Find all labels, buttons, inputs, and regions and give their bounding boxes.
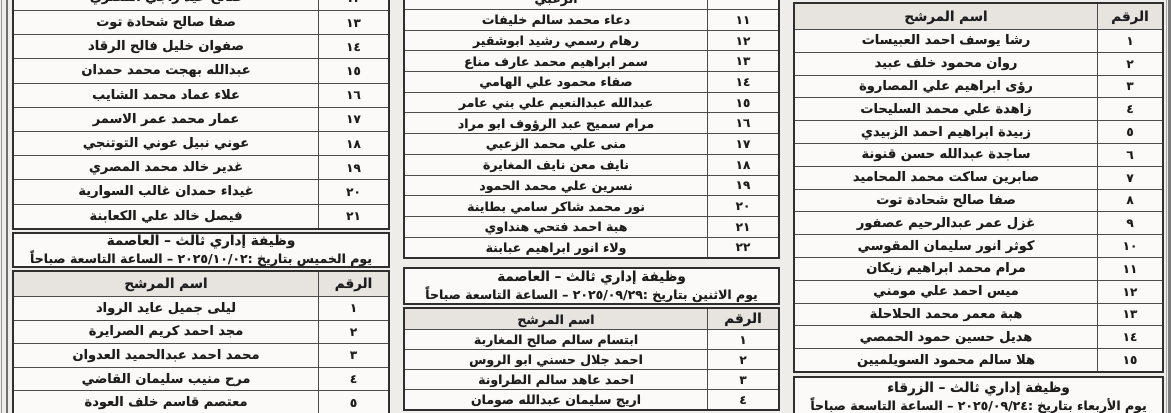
candidate-name-cell: صفاء محمود علي الهامي: [405, 72, 707, 92]
table-row: ١٥ عبدالله عبدالنعيم علي بني عامر: [405, 92, 778, 113]
section-title: وظيفة إداري ثالث – العاصمة: [497, 269, 686, 286]
candidate-number-cell: ١٦: [707, 113, 778, 133]
table-body: ١ ليلى جميل عايد الرواد ٢ مجد احمد كريم …: [14, 296, 388, 413]
candidate-number-cell: ٨: [1097, 190, 1162, 212]
candidate-number-cell: ٢١: [318, 205, 388, 228]
page-edge-line-left-inner: [6, 0, 8, 413]
candidate-number-cell: ١٦: [318, 84, 388, 107]
candidate-number-cell: ١٢: [1097, 281, 1162, 303]
candidate-number-cell: ٦: [1097, 144, 1162, 166]
table-header-row: الرقم اسم المرشح: [795, 4, 1162, 29]
table-row: ١٣ صفا صالح شحادة توت: [14, 10, 388, 34]
candidate-number-cell: ٢٠: [318, 180, 388, 203]
candidate-number-cell: ١٥: [1097, 349, 1162, 371]
candidate-name-cell: زاهدة علي محمد السليحات: [795, 98, 1097, 120]
table-row: ٣ محمد احمد عبدالحميد العدوان: [14, 343, 388, 367]
table-row: ٣ احمد عاهد سالم الطراونة: [405, 369, 778, 389]
candidate-number-cell: ١٥: [318, 59, 388, 82]
table-row: ٢٠ نور محمد شاكر سامي بطاينة: [405, 195, 778, 216]
candidate-name-cell: صفا صالح شحادة توت: [14, 11, 318, 34]
table-row: ٢٢ ولاء انور ابراهيم عبابنة: [405, 237, 778, 258]
candidate-number-cell: ١٤: [318, 35, 388, 58]
candidate-name-cell: هديل حسين حمود الحمصي: [795, 326, 1097, 348]
section-title: وظيفة إداري ثالث – العاصمة: [107, 233, 296, 250]
candidate-number-cell: ١٧: [707, 134, 778, 154]
candidate-number-cell: ١٤: [707, 72, 778, 92]
section-header-zarqa: وظيفة إداري ثالث – الزرقاء يوم الأربعاء …: [793, 376, 1164, 413]
candidate-number-cell: ١٧: [318, 108, 388, 131]
table-row: ٥ زبيدة ابراهيم احمد الزبيدي: [795, 120, 1162, 143]
table-row: ٩ غزل عمر عبدالرحيم عصفور: [795, 211, 1162, 234]
candidate-name-cell: غزل عمر عبدالرحيم عصفور: [795, 212, 1097, 234]
table-header-row: الرقم اسم المرشح: [405, 309, 778, 329]
table-row: ٢ مجد احمد كريم الصرايرة: [14, 320, 388, 344]
candidate-number-cell: ١٣: [318, 11, 388, 34]
candidate-name-cell: سمر ابراهيم محمد عارف مناع: [405, 51, 707, 71]
table-row: ١٧ منى علي محمد الزعبي: [405, 133, 778, 154]
candidate-name-cell: علاء عماد محمد الشايب: [14, 84, 318, 107]
table-row: ٧ صابرين ساكت محمد المحاميد: [795, 166, 1162, 189]
candidate-number-cell: ١: [318, 297, 388, 320]
table-row: ٦ ساجدة عبدالله حسن قنونة: [795, 143, 1162, 166]
table-row: ١٤ صفاء محمود علي الهامي: [405, 71, 778, 92]
candidate-name-cell: صفوان خليل فالح الرقاد: [14, 35, 318, 58]
table-row: ١٩ نسرين علي محمد الحمود: [405, 175, 778, 196]
candidate-number-cell: ٣: [707, 370, 778, 389]
candidate-name-cell: مرح منيب سليمان القاضي: [14, 368, 318, 391]
candidate-table-capital-list2: ١٢ صالح عيد راجي المصري ١٣ صفا صالح شحاد…: [12, 0, 390, 230]
candidate-name-cell: ميس احمد علي مومني: [795, 281, 1097, 303]
table-row: ٨ صفا صالح شحادة توت: [795, 189, 1162, 212]
table-body: ١٣ صفا صالح شحادة توت ١٤ صفوان خليل فالح…: [14, 10, 388, 228]
candidate-number-cell: ١٩: [707, 176, 778, 196]
candidate-number-cell: ١٨: [707, 155, 778, 175]
candidate-name-cell: هبة معمر محمد الحلاحلة: [795, 304, 1097, 326]
table-row: ١٠ كوثر انور سليمان المقوسي: [795, 234, 1162, 257]
table-body: ١ رشا يوسف احمد العبيسات ٢ روان محمود خل…: [795, 29, 1162, 371]
table-row: ٢١ هبة احمد فتحي هنداوي: [405, 216, 778, 237]
table-row: ١٨ نايف معن نايف المغايرة: [405, 154, 778, 175]
table-row: ١٥ عبدالله بهجت محمد حمدان: [14, 58, 388, 82]
table-row: ١٣ سمر ابراهيم محمد عارف مناع: [405, 50, 778, 71]
table-row: ٣ رؤى ابراهيم علي المصاروة: [795, 75, 1162, 98]
candidate-number-cell: ١٢: [707, 31, 778, 51]
table-row: ٤ مرح منيب سليمان القاضي: [14, 367, 388, 391]
table-row: ٢٠ غيداء حمدان غالب السوارية: [14, 179, 388, 203]
table-row: ١٢ ميس احمد علي مومني: [795, 280, 1162, 303]
section-header-capital-monday: وظيفة إداري ثالث – العاصمة يوم الاثنين ب…: [403, 267, 780, 305]
candidate-number-cell: ١: [707, 330, 778, 349]
number-header-cell: الرقم: [318, 272, 388, 296]
table-row: ١٣ هبة معمر محمد الحلاحلة: [795, 303, 1162, 326]
candidate-name-cell: نور محمد شاكر سامي بطاينة: [405, 196, 707, 216]
candidate-name-cell: صفا صالح شحادة توت: [795, 190, 1097, 212]
candidate-name-cell: نايف معن نايف المغايرة: [405, 155, 707, 175]
candidate-number-cell: ٢١: [707, 217, 778, 237]
candidates-column-left: ١٢ صالح عيد راجي المصري ١٣ صفا صالح شحاد…: [12, 0, 390, 413]
candidate-number-cell: ١٢: [318, 0, 388, 10]
table-row: ١١ مرام محمد ابراهيم زيكان: [795, 257, 1162, 280]
candidate-name-cell: رشا يوسف احمد العبيسات: [795, 30, 1097, 52]
section-date: يوم الأربعاء بتاريخ :٢٠٢٥/٠٩/٢٤ – الساعة…: [810, 397, 1146, 413]
name-header-cell: اسم المرشح: [405, 309, 707, 329]
candidate-name-cell: نسرين علي محمد الحمود: [405, 176, 707, 196]
candidate-number-cell: ١٠: [1097, 235, 1162, 257]
candidate-name-cell: منى علي محمد الزعبي: [405, 134, 707, 154]
candidate-name-cell: معتصم قاسم خلف العودة: [14, 391, 318, 413]
section-date: يوم الاثنين بتاريخ :٢٠٢٥/٠٩/٢٩ – الساعة …: [425, 286, 758, 303]
candidate-number-cell: ١٤: [1097, 326, 1162, 348]
candidate-number-cell: ٢٢: [707, 238, 778, 258]
candidate-name-cell: مرام محمد ابراهيم زيكان: [795, 258, 1097, 280]
candidate-number-cell: ٧: [1097, 167, 1162, 189]
table-row: ٥ معتصم قاسم خلف العودة: [14, 390, 388, 413]
table-row: ١٤ صفوان خليل فالح الرقاد: [14, 34, 388, 58]
candidate-name-cell: كوثر انور سليمان المقوسي: [795, 235, 1097, 257]
candidate-name-cell: رهام رسمي رشيد ابوشقير: [405, 31, 707, 51]
table-row: ١٦ مرام سميح عبد الرؤوف ابو مراد: [405, 112, 778, 133]
candidate-name-cell: زبيدة ابراهيم احمد الزبيدي: [795, 121, 1097, 143]
candidates-column-middle: الزعبي ١١ دعاء محمد سالم خليفات ١٢ رهام …: [403, 0, 780, 413]
candidate-table-zarqa: الرقم اسم المرشح ١ رشا يوسف احمد العبيسا…: [793, 2, 1164, 373]
candidate-number-cell: ٢: [318, 321, 388, 344]
table-row-partial: الزعبي: [405, 0, 778, 9]
page-edge-line-right-inner: [1166, 0, 1167, 413]
table-row: ١٥ هلا سالم محمود السويلميين: [795, 348, 1162, 371]
candidate-number-cell: ١٥: [707, 93, 778, 113]
candidate-name-cell: محمد احمد عبدالحميد العدوان: [14, 344, 318, 367]
name-header-cell: اسم المرشح: [795, 4, 1097, 29]
candidate-name-cell: غدير خالد محمد المصري: [14, 156, 318, 179]
candidate-number-cell: ٤: [707, 390, 778, 409]
candidate-name-cell: اريج سليمان عبدالله صومان: [405, 390, 707, 409]
candidate-table-capital-monday: الرقم اسم المرشح ١ ابتسام سالم صالح المغ…: [403, 307, 780, 411]
candidate-name-cell: ليلى جميل عايد الرواد: [14, 297, 318, 320]
number-header-cell: الرقم: [1097, 4, 1162, 29]
table-row: ١ ليلى جميل عايد الرواد: [14, 296, 388, 320]
table-row: ١٦ علاء عماد محمد الشايب: [14, 83, 388, 107]
candidate-number-cell: ٢: [1097, 53, 1162, 75]
page-edge-line-left-outer: [1, 0, 2, 413]
candidate-name-cell: صابرين ساكت محمد المحاميد: [795, 167, 1097, 189]
candidate-name-cell: عبدالله عبدالنعيم علي بني عامر: [405, 93, 707, 113]
candidate-name-cell: عوني نبيل عوني التوتنجي: [14, 132, 318, 155]
table-row: ١٩ غدير خالد محمد المصري: [14, 155, 388, 179]
table-row: ١٨ عوني نبيل عوني التوتنجي: [14, 131, 388, 155]
candidate-number-cell: ١: [1097, 30, 1162, 52]
candidate-number-cell: ١٩: [318, 156, 388, 179]
candidate-number-cell: ٢٠: [707, 196, 778, 216]
section-header-capital-thursday: وظيفة إداري ثالث – العاصمة يوم الخميس بت…: [12, 232, 390, 268]
candidate-number-cell: ٣: [1097, 76, 1162, 98]
table-body: ١ ابتسام سالم صالح المغاربة ٢ احمد جلال …: [405, 329, 778, 409]
table-row: ١١ دعاء محمد سالم خليفات: [405, 9, 778, 30]
candidate-table-capital-list1: الزعبي ١١ دعاء محمد سالم خليفات ١٢ رهام …: [403, 0, 780, 259]
candidate-name-cell: احمد عاهد سالم الطراونة: [405, 370, 707, 389]
candidate-name-cell: مجد احمد كريم الصرايرة: [14, 321, 318, 344]
name-header-cell: اسم المرشح: [14, 272, 318, 296]
candidate-number-cell: ٤: [318, 368, 388, 391]
candidate-number-cell: ١٨: [318, 132, 388, 155]
candidate-number-cell: ٤: [1097, 98, 1162, 120]
candidate-number-cell: ٥: [1097, 121, 1162, 143]
candidate-number-cell: ٩: [1097, 212, 1162, 234]
table-body: ١١ دعاء محمد سالم خليفات ١٢ رهام رسمي رش…: [405, 9, 778, 257]
table-row: ٤ اريج سليمان عبدالله صومان: [405, 389, 778, 409]
candidate-table-capital-thursday: الرقم اسم المرشح ١ ليلى جميل عايد الرواد…: [12, 270, 390, 413]
section-date: يوم الخميس بتاريخ :٢٠٢٥/١٠/٠٢ – الساعة ا…: [30, 250, 372, 267]
candidate-name-cell: صالح عيد راجي المصري: [14, 0, 318, 10]
candidates-column-right: الرقم اسم المرشح ١ رشا يوسف احمد العبيسا…: [793, 0, 1164, 413]
candidate-number-cell: ٥: [318, 391, 388, 413]
number-header-cell: الرقم: [707, 309, 778, 329]
candidate-number-cell: ٣: [318, 344, 388, 367]
table-row: ١ ابتسام سالم صالح المغاربة: [405, 329, 778, 349]
candidate-name-cell: رؤى ابراهيم علي المصاروة: [795, 76, 1097, 98]
table-row: ١٤ هديل حسين حمود الحمصي: [795, 325, 1162, 348]
scanned-document-page: { "labels": { "name_header": "اسم المرشح…: [0, 0, 1171, 413]
table-row: ١ رشا يوسف احمد العبيسات: [795, 29, 1162, 52]
candidate-name-cell: هبة احمد فتحي هنداوي: [405, 217, 707, 237]
candidate-name-cell: عبدالله بهجت محمد حمدان: [14, 59, 318, 82]
candidate-number-cell: ١١: [707, 10, 778, 30]
candidate-name-cell: احمد جلال حسني ابو الروس: [405, 350, 707, 369]
candidate-name-cell: الزعبي: [405, 0, 707, 9]
candidate-number-cell: ١١: [1097, 258, 1162, 280]
candidate-number-cell: ١٣: [1097, 304, 1162, 326]
table-row: ٢١ فيصل خالد علي الكعابنة: [14, 204, 388, 228]
table-row-partial: ١٢ صالح عيد راجي المصري: [14, 0, 388, 10]
candidate-name-cell: مرام سميح عبد الرؤوف ابو مراد: [405, 113, 707, 133]
section-title: وظيفة إداري ثالث – الزرقاء: [887, 380, 1070, 397]
table-row: ١٧ عمار محمد عمر الاسمر: [14, 107, 388, 131]
table-row: ٢ روان محمود خلف عبيد: [795, 52, 1162, 75]
table-row: ٤ زاهدة علي محمد السليحات: [795, 97, 1162, 120]
candidate-name-cell: عمار محمد عمر الاسمر: [14, 108, 318, 131]
candidate-number-cell: ٢: [707, 350, 778, 369]
table-row: ١٢ رهام رسمي رشيد ابوشقير: [405, 30, 778, 51]
candidate-name-cell: فيصل خالد علي الكعابنة: [14, 205, 318, 228]
candidate-name-cell: غيداء حمدان غالب السوارية: [14, 180, 318, 203]
candidate-name-cell: دعاء محمد سالم خليفات: [405, 10, 707, 30]
candidate-name-cell: ساجدة عبدالله حسن قنونة: [795, 144, 1097, 166]
candidate-name-cell: ابتسام سالم صالح المغاربة: [405, 330, 707, 349]
table-row: ٢ احمد جلال حسني ابو الروس: [405, 349, 778, 369]
candidate-number-cell: ١٣: [707, 51, 778, 71]
table-header-row: الرقم اسم المرشح: [14, 272, 388, 296]
candidate-name-cell: هلا سالم محمود السويلميين: [795, 349, 1097, 371]
candidate-name-cell: روان محمود خلف عبيد: [795, 53, 1097, 75]
candidate-name-cell: ولاء انور ابراهيم عبابنة: [405, 238, 707, 258]
candidate-number-cell: [707, 0, 778, 9]
